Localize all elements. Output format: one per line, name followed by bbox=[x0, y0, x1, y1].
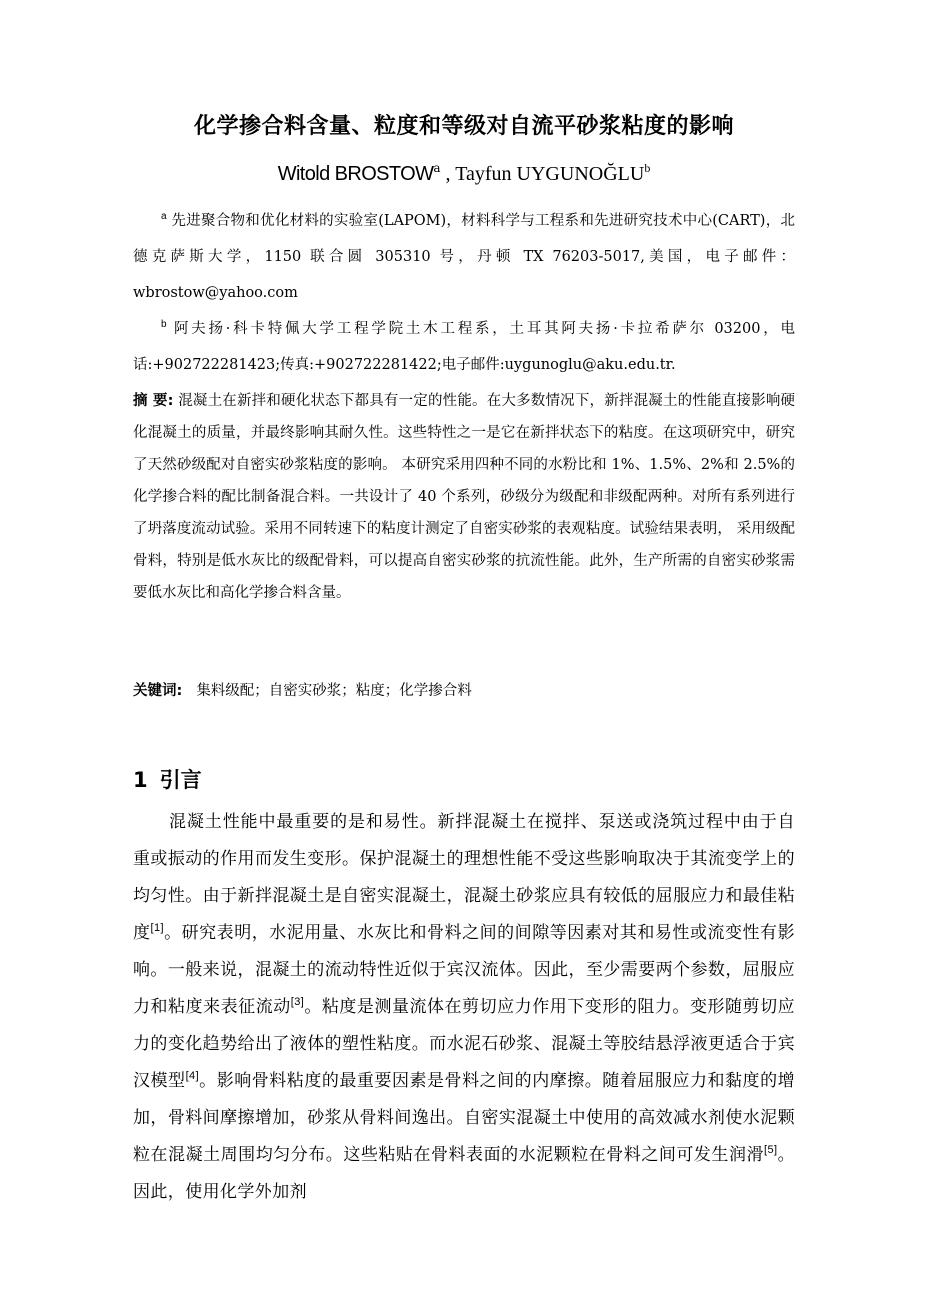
keywords: 关键词:集料级配；自密实砂浆；粘度；化学掺合料 bbox=[133, 675, 795, 707]
citation-ref[interactable]: [4] bbox=[186, 1070, 199, 1082]
affiliation-b: b 阿夫扬·科卡特佩大学工程学院土木工程系，土耳其阿夫扬·卡拉希萨尔 03200… bbox=[133, 311, 795, 383]
affiliation-mark: a bbox=[161, 211, 167, 222]
section-number: 1 bbox=[133, 768, 148, 792]
citation-ref[interactable]: [3] bbox=[291, 996, 304, 1008]
abstract: 摘 要: 混凝土在新拌和硬化状态下都具有一定的性能。在大多数情况下，新拌混凝土的… bbox=[133, 385, 795, 609]
affiliation-mark: b bbox=[644, 161, 650, 175]
citation-ref[interactable]: [5] bbox=[764, 1144, 777, 1156]
section-title: 引言 bbox=[160, 768, 202, 792]
author-line: Witold BROSTOWa , Tayfun UYGUNOĞLUb bbox=[133, 158, 795, 189]
author-name: Tayfun UYGUNOĞLU bbox=[455, 163, 644, 185]
keywords-label: 关键词: bbox=[133, 683, 182, 699]
paragraph-text: 。影响骨料粘度的最重要因素是骨料之间的内摩擦。随着屈服应力和黏度的增加，骨料间摩… bbox=[133, 1071, 795, 1165]
keywords-text: 集料级配；自密实砂浆；粘度；化学掺合料 bbox=[196, 683, 472, 699]
abstract-label: 摘 要: bbox=[133, 393, 173, 409]
affiliation-mark: b bbox=[161, 319, 167, 330]
affiliation-text: 先进聚合物和优化材料的实验室(LAPOM)，材料科学与工程系和先进研究技术中心(… bbox=[133, 213, 795, 301]
abstract-text: 混凝土在新拌和硬化状态下都具有一定的性能。在大多数情况下，新拌混凝土的性能直接影… bbox=[133, 393, 795, 601]
affiliation-mark: a bbox=[433, 161, 440, 175]
author-separator: , bbox=[441, 163, 456, 185]
body-paragraph: 混凝土性能中最重要的是和易性。新拌混凝土在搅拌、泵送或浇筑过程中由于自重或振动的… bbox=[133, 804, 795, 1211]
paper-title: 化学掺合料含量、粒度和等级对自流平砂浆粘度的影响 bbox=[133, 112, 795, 142]
citation-ref[interactable]: [1] bbox=[151, 922, 164, 934]
author-name: Witold BROSTOW bbox=[278, 163, 434, 185]
affiliation-a: a 先进聚合物和优化材料的实验室(LAPOM)，材料科学与工程系和先进研究技术中… bbox=[133, 203, 795, 311]
affiliation-text: 阿夫扬·科卡特佩大学工程学院土木工程系，土耳其阿夫扬·卡拉希萨尔 03200，电… bbox=[133, 321, 795, 373]
section-heading: 1引言 bbox=[133, 762, 202, 798]
